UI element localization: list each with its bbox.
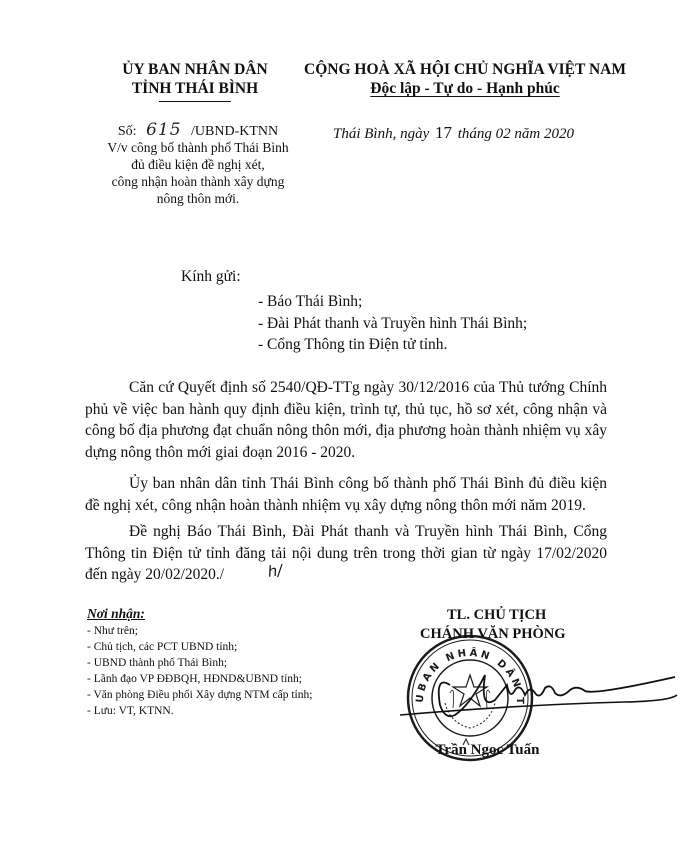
subject-line: đủ điều kiện đề nghị xét, xyxy=(88,156,308,173)
body-paragraph-legal-basis: Căn cứ Quyết định số 2540/QĐ-TTg ngày 30… xyxy=(85,377,607,463)
body-paragraph-announcement: Ủy ban nhân dân tỉnh Thái Bình công bố t… xyxy=(85,473,607,516)
distribution-item: - Chủ tịch, các PCT UBND tỉnh; xyxy=(87,639,312,655)
authority-divider xyxy=(159,101,231,102)
recipient-item: - Đài Phát thanh và Truyền hình Thái Bìn… xyxy=(258,313,527,335)
distribution-list: Nơi nhận: - Như trên; - Chủ tịch, các PC… xyxy=(87,606,312,719)
request-text: Đề nghị Báo Thái Bình, Đài Phát thanh và… xyxy=(85,523,607,583)
signature-title-1: TL. CHỦ TỊCH xyxy=(395,606,635,625)
distribution-item: - Lưu: VT, KTNN. xyxy=(87,703,312,719)
authority-line-2: TỈNH THÁI BÌNH xyxy=(95,79,295,98)
national-motto: Độc lập - Tự do - Hạnh phúc xyxy=(300,79,630,98)
place-and-date: Thái Bình, ngày 17 tháng 02 năm 2020 xyxy=(333,123,633,143)
initial-mark: h/ xyxy=(223,560,284,589)
recipients-list: - Báo Thái Bình; - Đài Phát thanh và Tru… xyxy=(258,291,527,356)
subject-line: công nhận hoàn thành xây dựng xyxy=(88,173,308,190)
handwritten-signature-icon xyxy=(395,655,685,755)
handwritten-day: 17 xyxy=(433,123,454,142)
recipients-label: Kính gửi: xyxy=(181,268,241,286)
subject-line: nông thôn mới. xyxy=(88,190,308,207)
national-title: CỘNG HOÀ XÃ HỘI CHỦ NGHĨA VIỆT NAM Độc l… xyxy=(300,60,630,98)
subject-line: V/v công bố thành phố Thái Bình xyxy=(88,139,308,156)
country-name: CỘNG HOÀ XÃ HỘI CHỦ NGHĨA VIỆT NAM xyxy=(300,60,630,79)
authority-line-1: ỦY BAN NHÂN DÂN xyxy=(95,60,295,79)
signature-title-2: CHÁNH VĂN PHÒNG xyxy=(395,625,635,644)
recipient-item: - Cổng Thông tin Điện tử tỉnh. xyxy=(258,334,527,356)
body-paragraph-request: Đề nghị Báo Thái Bình, Đài Phát thanh và… xyxy=(85,521,607,586)
date-suffix: tháng 02 năm 2020 xyxy=(458,126,574,142)
distribution-item: - Lãnh đạo VP ĐĐBQH, HĐND&UBND tỉnh; xyxy=(87,671,312,687)
distribution-item: - Như trên; xyxy=(87,623,312,639)
signature-block: TL. CHỦ TỊCH CHÁNH VĂN PHÒNG xyxy=(395,606,635,644)
date-prefix: Thái Bình, ngày xyxy=(333,126,429,142)
issuing-authority: ỦY BAN NHÂN DÂN TỈNH THÁI BÌNH xyxy=(95,60,295,102)
document-number: Số: 615 /UBND-KTNN xyxy=(88,122,308,140)
number-label: Số: xyxy=(118,124,137,139)
recipient-item: - Báo Thái Bình; xyxy=(258,291,527,313)
distribution-title: Nơi nhận: xyxy=(87,606,312,622)
distribution-item: - UBND thành phố Thái Bình; xyxy=(87,655,312,671)
document-subject: V/v công bố thành phố Thái Bình đủ điều … xyxy=(88,139,308,207)
number-suffix: /UBND-KTNN xyxy=(191,124,278,139)
distribution-item: - Văn phòng Điều phối Xây dựng NTM cấp t… xyxy=(87,687,312,703)
signer-name: Trần Ngọc Tuấn xyxy=(395,742,580,759)
handwritten-number: 615 xyxy=(140,120,187,140)
